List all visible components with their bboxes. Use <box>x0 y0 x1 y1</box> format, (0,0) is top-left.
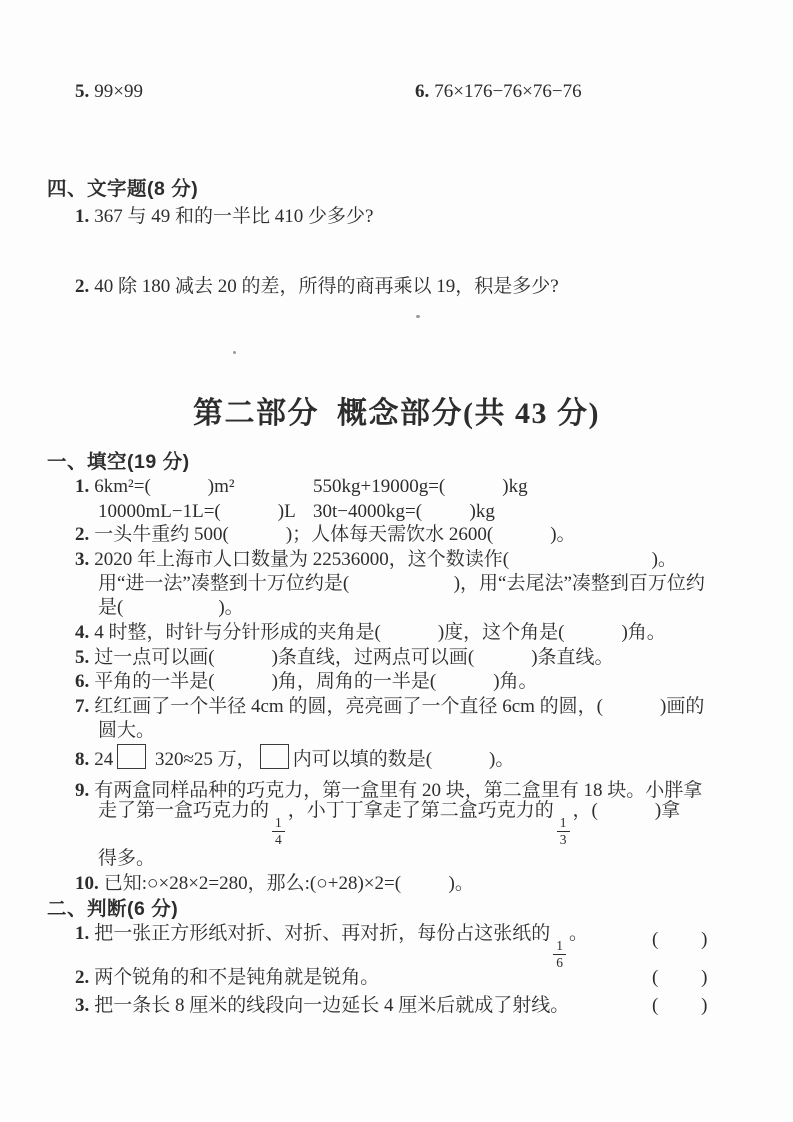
fraction-one-third: 13 <box>557 816 570 847</box>
problem-5-expression: 99×99 <box>94 81 143 102</box>
fill-3-number: 3. <box>75 549 89 570</box>
fill-1-blank-b: 550kg+19000g=( )kg <box>313 476 528 497</box>
word-problem-2-text: 40 除 180 减去 20 的差，所得的商再乘以 19，积是多少? <box>94 276 558 297</box>
fill-9-text2a: 走了第一盒巧克力的 <box>98 800 269 821</box>
judge-1-text-post: 。 <box>569 923 588 944</box>
word-problem-1-text: 367 与 49 和的一半比 410 少多少? <box>94 206 373 227</box>
fill-3-line2: 用“进一法”凑整到十万位约是( )，用“去尾法”凑整到百万位约 <box>98 572 705 596</box>
fill-9-line3: 得多。 <box>98 847 155 871</box>
fill-1a: 1.6km²=( )m² <box>75 475 235 499</box>
problem-6-expression: 76×176−76×76−76 <box>434 81 581 102</box>
section-judge-heading: 二、判断(6 分) <box>47 897 178 921</box>
fill-8: 8.24 320≈25 万，内可以填的数是( )。 <box>75 744 514 772</box>
fill-6-text: 平角的一半是( )角，周角的一半是( )角。 <box>94 671 537 692</box>
judge-1-answer-parens: ( ) <box>652 928 707 952</box>
fill-10-number: 10. <box>75 873 99 894</box>
fill-1b: 550kg+19000g=( )kg <box>313 475 528 499</box>
judge-2-number: 2. <box>75 967 89 988</box>
fill-1c: 10000mL−1L=( )L <box>98 500 296 524</box>
fill-9-number: 9. <box>75 780 89 801</box>
blank-box <box>260 744 289 769</box>
fill-10: 10.已知:○×28×2=280，那么:(○+28)×2=( )。 <box>75 872 474 896</box>
word-problem-2: 2.40 除 180 减去 20 的差，所得的商再乘以 19，积是多少? <box>75 275 559 299</box>
judge-2: 2.两个锐角的和不是钝角就是锐角。 <box>75 966 379 990</box>
fill-3-line1: 3.2020 年上海市人口数量为 22536000，这个数读作( )。 <box>75 548 677 572</box>
fill-5-number: 5. <box>75 647 89 668</box>
fill-5: 5.过一点可以画( )条直线，过两点可以画( )条直线。 <box>75 646 614 670</box>
fill-6: 6.平角的一半是( )角，周角的一半是( )角。 <box>75 670 538 694</box>
scan-speck <box>233 351 236 354</box>
fill-5-text: 过一点可以画( )条直线，过两点可以画( )条直线。 <box>94 647 613 668</box>
fill-8-text2: 320≈25 万， <box>150 749 255 770</box>
fill-7-number: 7. <box>75 696 89 717</box>
word-problem-1: 1.367 与 49 和的一半比 410 少多少? <box>75 205 373 229</box>
fraction-numerator: 1 <box>272 816 285 831</box>
fraction-numerator: 1 <box>557 816 570 831</box>
fraction-denominator: 6 <box>553 954 566 970</box>
fraction-numerator: 1 <box>553 939 566 954</box>
judge-2-answer-parens: ( ) <box>652 966 707 990</box>
fraction-denominator: 4 <box>272 831 285 847</box>
fill-2-text: 一头牛重约 500( )；人体每天需饮水 2600( )。 <box>94 524 575 545</box>
judge-3-number: 3. <box>75 995 89 1016</box>
fill-3-text1: 2020 年上海市人口数量为 22536000，这个数读作( )。 <box>94 549 677 570</box>
section-word-problems-heading: 四、文字题(8 分) <box>47 177 198 201</box>
judge-3-answer-parens: ( ) <box>652 994 707 1018</box>
word-problem-1-number: 1. <box>75 206 89 227</box>
judge-3: 3.把一条长 8 厘米的线段向一边延长 4 厘米后就成了射线。 <box>75 994 569 1018</box>
fill-8-text3: 内可以填的数是( )。 <box>293 749 515 770</box>
fill-4: 4.4 时整，时针与分针形成的夹角是( )度，这个角是( )角。 <box>75 621 666 645</box>
fill-1d: 30t−4000kg=( )kg <box>313 500 495 524</box>
fill-9-text1: 有两盒同样品种的巧克力，第一盒里有 20 块，第二盒里有 18 块。小胖拿 <box>94 780 702 801</box>
fill-7-line2: 圆大。 <box>98 719 155 743</box>
fill-1-blank-c: 10000mL−1L=( )L <box>98 501 296 522</box>
judge-2-text: 两个锐角的和不是钝角就是锐角。 <box>94 967 379 988</box>
fill-4-text: 4 时整，时针与分针形成的夹角是( )度，这个角是( )角。 <box>94 622 666 643</box>
fill-4-number: 4. <box>75 622 89 643</box>
fill-1-number: 1. <box>75 476 89 497</box>
fill-7-line1: 7.红红画了一个半径 4cm 的圆，亮亮画了一个直径 6cm 的圆，( )画的 <box>75 695 704 719</box>
judge-1-number: 1. <box>75 923 89 944</box>
fill-10-text: 已知:○×28×2=280，那么:(○+28)×2=( )。 <box>104 873 474 894</box>
fraction-one-fourth: 14 <box>272 816 285 847</box>
part2-title: 第二部分 概念部分(共 43 分) <box>0 388 793 432</box>
exam-page: 5.99×99 6.76×176−76×76−76 四、文字题(8 分) 1.3… <box>0 0 793 1122</box>
fill-1-blank-d: 30t−4000kg=( )kg <box>313 501 495 522</box>
blank-box <box>117 744 146 769</box>
fill-2-number: 2. <box>75 524 89 545</box>
judge-3-text: 把一条长 8 厘米的线段向一边延长 4 厘米后就成了射线。 <box>94 995 569 1016</box>
fill-6-number: 6. <box>75 671 89 692</box>
fill-7-text1: 红红画了一个半径 4cm 的圆，亮亮画了一个直径 6cm 的圆，( )画的 <box>94 696 704 717</box>
fill-9-text2b: ，小丁丁拿走了第二盒巧克力的 <box>288 800 554 821</box>
problem-6-number: 6. <box>415 81 429 102</box>
fill-8-text1: 24 <box>94 749 113 770</box>
problem-5: 5.99×99 <box>75 80 143 104</box>
fill-9-line2: 走了第一盒巧克力的14，小丁丁拿走了第二盒巧克力的13，( )拿 <box>98 799 680 847</box>
word-problem-2-number: 2. <box>75 276 89 297</box>
fill-8-number: 8. <box>75 749 89 770</box>
fraction-denominator: 3 <box>557 831 570 847</box>
fraction-one-sixth: 16 <box>553 939 566 970</box>
section-fill-heading: 一、填空(19 分) <box>47 450 190 474</box>
scan-speck <box>416 315 420 318</box>
fill-2: 2.一头牛重约 500( )；人体每天需饮水 2600( )。 <box>75 523 576 547</box>
fill-9-text2c: ，( )拿 <box>573 800 681 821</box>
judge-1-text-pre: 把一张正方形纸对折、对折、再对折，每份占这张纸的 <box>94 923 550 944</box>
problem-6: 6.76×176−76×76−76 <box>415 80 582 104</box>
problem-5-number: 5. <box>75 81 89 102</box>
fill-3-line3: 是( )。 <box>98 596 244 620</box>
judge-1: 1.把一张正方形纸对折、对折、再对折，每份占这张纸的16。 <box>75 922 588 970</box>
fill-1-blank-a: 6km²=( )m² <box>94 476 234 497</box>
